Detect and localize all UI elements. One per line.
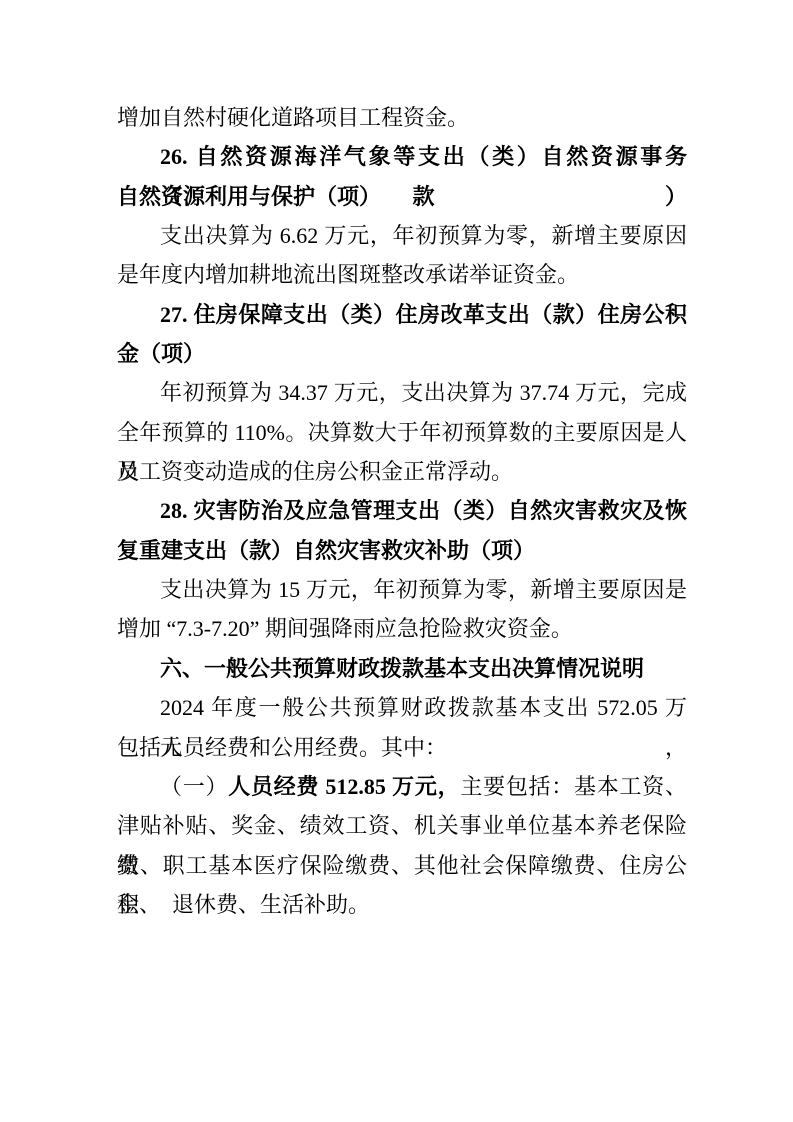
body-item-26-line-1: 支出决算为 6.62 万元，年初预算为零，新增主要原因 <box>117 216 687 255</box>
body-personnel-expense-line-4: 金、 退休费、生活补助。 <box>117 885 687 924</box>
document-page: 增加自然村硬化道路项目工程资金。 26. 自然资源海洋气象等支出（类）自然资源事… <box>0 0 793 1122</box>
body-item-27-line-2: 全年预算的 110%。决算数大于年初预算数的主要原因是人员 <box>117 413 687 452</box>
body-item-27-line-1: 年初预算为 34.37 万元，支出决算为 37.74 万元，完成 <box>117 373 687 412</box>
personnel-expense-item-number: （一） <box>160 774 228 799</box>
heading-item-27-line-2: 金（项） <box>117 334 687 373</box>
body-personnel-expense-line-1: （一）人员经费 512.85 万元，主要包括：基本工资、 <box>117 767 687 806</box>
body-personnel-expense-line-3: 费、职工基本医疗保险缴费、其他社会保障缴费、住房公积 <box>117 846 687 885</box>
body-item-28-line-2: 增加 “7.3-7.20” 期间强降雨应急抢险救灾资金。 <box>117 609 687 648</box>
body-section-6-line-1: 2024 年度一般公共预算财政拨款基本支出 572.05 万元， <box>117 688 687 727</box>
heading-item-27-line-1: 27. 住房保障支出（类）住房改革支出（款）住房公积 <box>117 295 687 334</box>
document-text-block: 增加自然村硬化道路项目工程资金。 26. 自然资源海洋气象等支出（类）自然资源事… <box>117 98 687 924</box>
heading-item-26-line-1: 26. 自然资源海洋气象等支出（类）自然资源事务（款） <box>117 137 687 176</box>
heading-item-28-line-2: 复重建支出（款）自然灾害救灾补助（项） <box>117 531 687 570</box>
body-line-project-funds: 增加自然村硬化道路项目工程资金。 <box>117 98 687 137</box>
heading-item-28-line-1: 28. 灾害防治及应急管理支出（类）自然灾害救灾及恢 <box>117 491 687 530</box>
personnel-expense-amount: 人员经费 512.85 万元， <box>228 774 460 799</box>
body-item-28-line-1: 支出决算为 15 万元，年初预算为零，新增主要原因是 <box>117 570 687 609</box>
body-item-27-line-3: 及工资变动造成的住房公积金正常浮动。 <box>117 452 687 491</box>
personnel-expense-includes: 主要包括：基本工资、 <box>460 774 687 799</box>
body-personnel-expense-line-2: 津贴补贴、奖金、绩效工资、机关事业单位基本养老保险缴 <box>117 806 687 845</box>
section-6-heading: 六、一般公共预算财政拨款基本支出决算情况说明 <box>117 649 687 688</box>
body-item-26-line-2: 是年度内增加耕地流出图斑整改承诺举证资金。 <box>117 255 687 294</box>
